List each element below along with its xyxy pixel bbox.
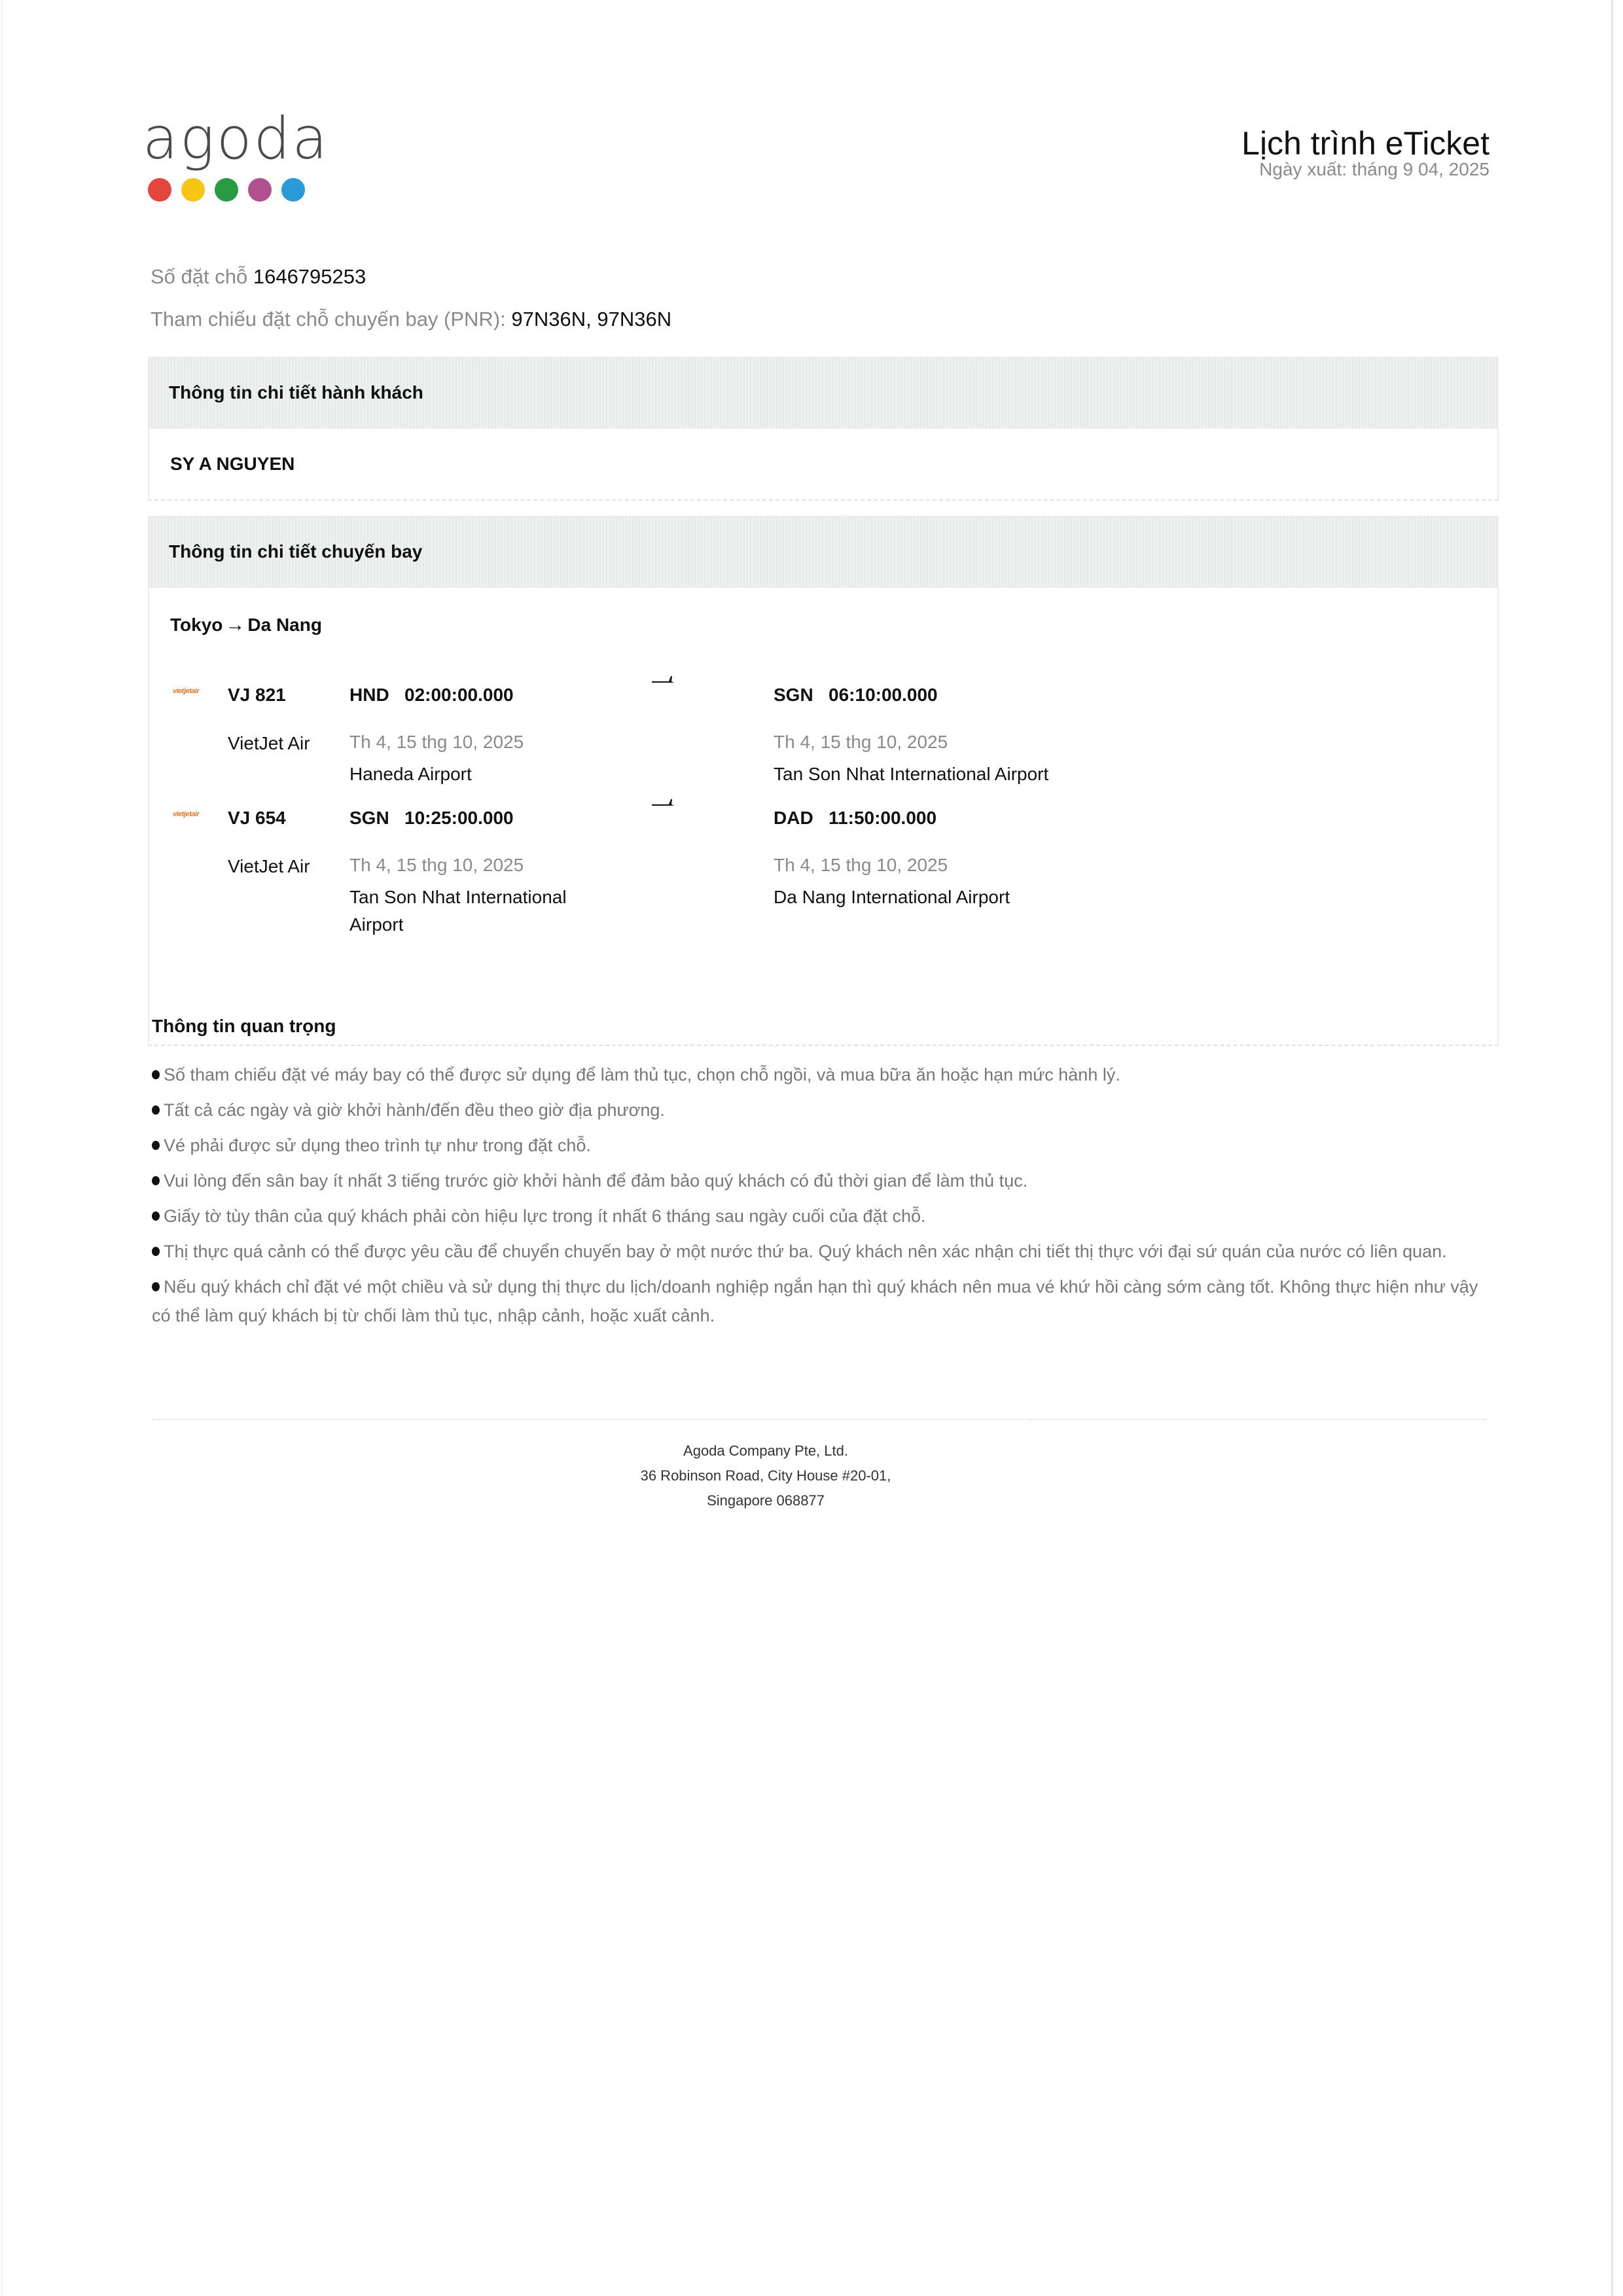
route-origin: Tokyo	[170, 615, 223, 636]
important-info-title: Thông tin quan trọng	[152, 1016, 1480, 1037]
page-edge-right	[1611, 0, 1613, 2296]
passenger-section: Thông tin chi tiết hành khách SY A NGUYE…	[148, 357, 1499, 501]
flight-details: Tokyo → Da Nang vietjetair VJ 821 VietJe…	[148, 588, 1499, 1046]
departure-time: 02:00:00.000	[404, 685, 514, 705]
footer: Agoda Company Pte, Ltd. 36 Robinson Road…	[0, 1439, 1623, 1513]
arrival: SGN 06:10:00.000 Th 4, 15 thg 10, 2025 T…	[774, 685, 1166, 788]
info-item: Tất cả các ngày và giờ khởi hành/đến đều…	[152, 1096, 1480, 1124]
arrow-right-icon: →	[225, 614, 245, 636]
bullet-icon	[152, 1141, 160, 1150]
company-name: Agoda Company Pte, Ltd.	[0, 1439, 1623, 1463]
bullet-icon	[152, 1247, 160, 1256]
arrival-time: 06:10:00.000	[829, 685, 938, 705]
airline-name: VietJet Air	[228, 733, 310, 754]
departure-date: Th 4, 15 thg 10, 2025	[349, 732, 624, 753]
page-title: Lịch trình eTicket	[1241, 126, 1489, 162]
info-item: Số tham chiếu đặt vé máy bay có thể được…	[152, 1060, 1480, 1089]
arrival: DAD 11:50:00.000 Th 4, 15 thg 10, 2025 D…	[774, 808, 1166, 911]
info-item: Nếu quý khách chỉ đặt vé một chiều và sử…	[152, 1272, 1480, 1330]
route-summary: Tokyo → Da Nang	[170, 614, 322, 636]
plane-landing-icon	[651, 796, 677, 809]
bullet-icon	[152, 1176, 160, 1185]
flight-section-title: Thông tin chi tiết chuyến bay	[148, 516, 1499, 588]
arrival-code-time: DAD 11:50:00.000	[774, 808, 1166, 829]
logo-dot-purple	[248, 178, 272, 202]
booking-number: Số đặt chỗ 1646795253	[151, 265, 366, 289]
arrival-airport: Da Nang International Airport	[774, 884, 1166, 911]
logo-dots	[148, 178, 313, 202]
footer-divider	[152, 1419, 1487, 1420]
logo-dot-red	[148, 178, 171, 202]
arrival-time: 11:50:00.000	[829, 808, 936, 828]
departure-time: 10:25:00.000	[404, 808, 514, 828]
bullet-icon	[152, 1282, 160, 1291]
flight-number: VJ 654	[228, 808, 286, 829]
info-item: Vé phải được sử dụng theo trình tự như t…	[152, 1131, 1480, 1160]
vietjet-logo-icon: vietjetair	[173, 687, 199, 695]
arrival-airport: Tan Son Nhat International Airport	[774, 761, 1166, 788]
departure: SGN 10:25:00.000 Th 4, 15 thg 10, 2025 T…	[349, 808, 624, 939]
departure: HND 02:00:00.000 Th 4, 15 thg 10, 2025 H…	[349, 685, 624, 788]
issue-date: Ngày xuất: tháng 9 04, 2025	[1241, 159, 1489, 180]
arrival-code: SGN	[774, 685, 813, 705]
pnr-label: Tham chiếu đặt chỗ chuyến bay (PNR):	[151, 308, 506, 331]
flight-number: VJ 821	[228, 685, 286, 706]
departure-code: SGN	[349, 808, 389, 828]
bullet-icon	[152, 1105, 160, 1115]
info-item-text: Vui lòng đến sân bay ít nhất 3 tiếng trư…	[164, 1171, 1027, 1191]
company-address-line1: 36 Robinson Road, City House #20-01,	[0, 1463, 1623, 1488]
arrival-date: Th 4, 15 thg 10, 2025	[774, 855, 1166, 876]
logo-wordmark: agoda	[143, 110, 313, 168]
arrival-date: Th 4, 15 thg 10, 2025	[774, 732, 1166, 753]
bullet-icon	[152, 1211, 160, 1221]
departure-code-time: SGN 10:25:00.000	[349, 808, 624, 829]
logo-dot-yellow	[181, 178, 205, 202]
plane-landing-icon	[651, 673, 677, 686]
logo-dot-blue	[281, 178, 305, 202]
booking-number-label: Số đặt chỗ	[151, 265, 247, 288]
pnr-reference: Tham chiếu đặt chỗ chuyến bay (PNR): 97N…	[151, 308, 671, 331]
info-item-text: Vé phải được sử dụng theo trình tự như t…	[164, 1136, 591, 1155]
arrival-code-time: SGN 06:10:00.000	[774, 685, 1166, 706]
arrival-code: DAD	[774, 808, 813, 828]
pnr-value: 97N36N, 97N36N	[511, 308, 671, 331]
company-address-line2: Singapore 068877	[0, 1488, 1623, 1513]
route-destination: Da Nang	[247, 615, 322, 636]
departure-code: HND	[349, 685, 389, 705]
info-item: Thị thực quá cảnh có thể được yêu cầu để…	[152, 1237, 1480, 1266]
info-item: Vui lòng đến sân bay ít nhất 3 tiếng trư…	[152, 1166, 1480, 1195]
booking-number-value: 1646795253	[253, 265, 366, 288]
info-item-text: Giấy tờ tùy thân của quý khách phải còn …	[164, 1206, 926, 1226]
bullet-icon	[152, 1070, 160, 1079]
flight-section: Thông tin chi tiết chuyến bay Tokyo → Da…	[148, 516, 1499, 1046]
page-edge-left	[1, 0, 3, 2296]
info-item-text: Thị thực quá cảnh có thể được yêu cầu để…	[164, 1242, 1447, 1261]
info-item-text: Nếu quý khách chỉ đặt vé một chiều và sử…	[152, 1277, 1478, 1325]
departure-date: Th 4, 15 thg 10, 2025	[349, 855, 624, 876]
important-info: Thông tin quan trọng Số tham chiếu đặt v…	[152, 1016, 1480, 1336]
departure-airport: Haneda Airport	[349, 761, 624, 788]
passenger-name: SY A NGUYEN	[148, 429, 1499, 501]
airline-name: VietJet Air	[228, 856, 310, 877]
logo-dot-green	[215, 178, 238, 202]
departure-code-time: HND 02:00:00.000	[349, 685, 624, 706]
info-item: Giấy tờ tùy thân của quý khách phải còn …	[152, 1202, 1480, 1230]
agoda-logo: agoda	[143, 110, 313, 202]
passenger-section-title: Thông tin chi tiết hành khách	[148, 357, 1499, 429]
document-header: Lịch trình eTicket Ngày xuất: tháng 9 04…	[1241, 126, 1489, 180]
info-item-text: Số tham chiếu đặt vé máy bay có thể được…	[164, 1065, 1120, 1085]
info-item-text: Tất cả các ngày và giờ khởi hành/đến đều…	[164, 1100, 665, 1120]
vietjet-logo-icon: vietjetair	[173, 810, 199, 818]
departure-airport: Tan Son Nhat International Airport	[349, 884, 598, 939]
